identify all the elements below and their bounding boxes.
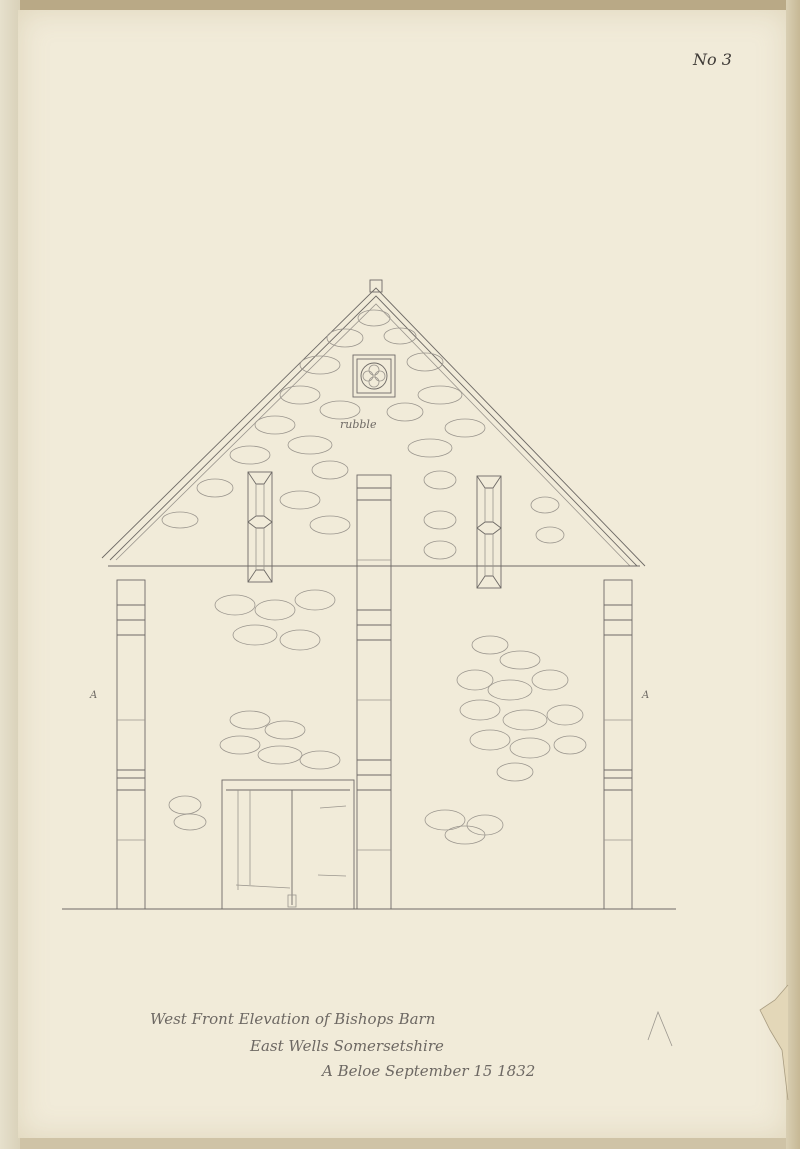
torn-corner — [760, 985, 788, 1100]
slit-window-right — [477, 476, 501, 588]
slit-window-left — [248, 472, 272, 582]
right-pier — [604, 580, 632, 909]
central-pier — [357, 475, 391, 909]
caption-title: West Front Elevation of Bishops Barn — [150, 1010, 435, 1028]
material-annotation: rubble — [340, 418, 376, 431]
scanned-sheet: No 3 rubble A A West Front Elevation of … — [0, 0, 800, 1149]
rubble-stonework — [162, 310, 586, 844]
sheet-number: No 3 — [693, 50, 732, 69]
caption-location: East Wells Somersetshire — [250, 1037, 444, 1055]
left-pier — [117, 580, 145, 909]
corner-mark — [648, 1012, 672, 1046]
barn-doorway — [222, 780, 354, 909]
section-mark-right: A — [642, 690, 649, 701]
caption-author-date: A Beloe September 15 1832 — [322, 1062, 535, 1080]
elevation-drawing — [0, 0, 800, 1149]
quatrefoil-vent — [353, 355, 395, 397]
section-mark-left: A — [90, 690, 97, 701]
